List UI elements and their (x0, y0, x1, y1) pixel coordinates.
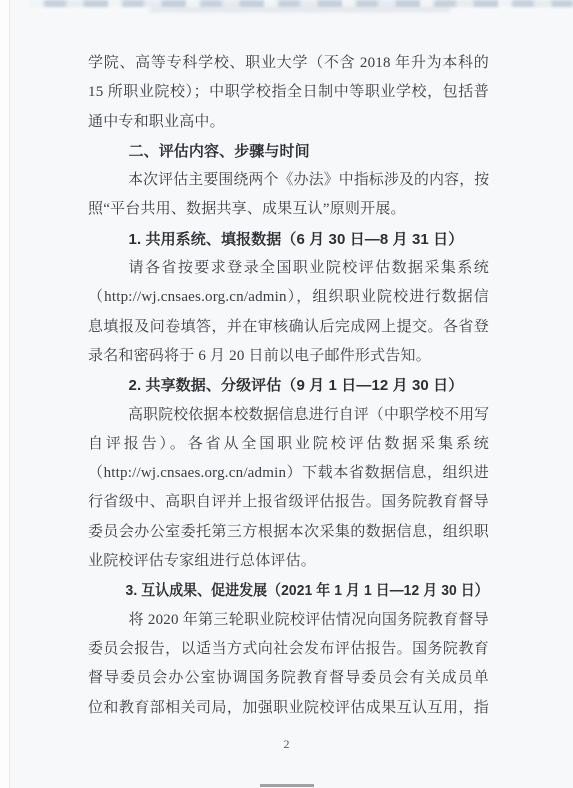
document-line: 位和教育部相关司局，加强职业院校评估成果互认互用，指 (88, 694, 489, 723)
document-line: 将 2020 年第三轮职业院校评估情况向国务院教育督导 (88, 606, 489, 635)
document-line: 本次评估主要围绕两个《办法》中指标涉及的内容，按 (88, 166, 485, 195)
document-line: 行省级中、高职自评并上报省级评估报告。国务院教育督导 (88, 488, 489, 517)
document-line: 通中专和职业高中。 (88, 108, 489, 137)
document-line: 委员会报告，以适当方式向社会发布评估报告。国务院教育 (88, 635, 489, 664)
section-heading: 1. 共用系统、填报数据（6 月 30 日—8 月 31 日） (88, 225, 489, 254)
document-line: 自评报告）。各省从全国职业院校评估数据采集系统 (88, 430, 489, 459)
document-line: 照“平台共用、数据共享、成果互认”原则开展。 (88, 195, 489, 224)
document-line: 委员会办公室委托第三方根据本次采集的数据信息，组织职 (88, 518, 489, 547)
document-line: 录名和密码将于 6 月 20 日前以电子邮件形式告知。 (88, 342, 489, 371)
page-number: 2 (0, 737, 573, 752)
document-page: 学院、高等专科学校、职业大学（不含 2018 年升为本科的15 所职业院校）；中… (0, 0, 573, 788)
document-line: 15 所职业院校）；中职学校指全日制中等职业学校，包括普 (88, 78, 489, 107)
section-heading: 2. 共享数据、分级评估（9 月 1 日—12 月 30 日） (88, 371, 489, 400)
document-line: 督导委员会办公室协调国务院教育督导委员会有关成员单 (88, 664, 489, 693)
document-line: （http://wj.cnsaes.org.cn/admin），组织职业院校进行… (88, 283, 489, 312)
scan-artifact-bottom (260, 784, 314, 787)
document-body: 学院、高等专科学校、职业大学（不含 2018 年升为本科的15 所职业院校）；中… (88, 49, 489, 723)
document-line: 高职院校依据本校数据信息进行自评（中职学校不用写 (88, 401, 485, 430)
document-line: 业院校评估专家组进行总体评估。 (88, 547, 489, 576)
document-line: （http://wj.cnsaes.org.cn/admin）下载本省数据信息，… (88, 459, 489, 488)
scan-edge-left (0, 0, 10, 788)
scan-smudge-top (30, 0, 573, 7)
document-line: 请各省按要求登录全国职业院校评估数据采集系统 (88, 254, 489, 283)
document-line: 学院、高等专科学校、职业大学（不含 2018 年升为本科的 (88, 49, 489, 78)
document-line: 息填报及问卷填答，并在审核确认后完成网上提交。各省登 (88, 313, 489, 342)
section-heading: 3. 互认成果、促进发展（2021 年 1 月 1 日—12 月 30 日） (88, 576, 459, 605)
section-heading: 二、评估内容、步骤与时间 (88, 137, 489, 166)
